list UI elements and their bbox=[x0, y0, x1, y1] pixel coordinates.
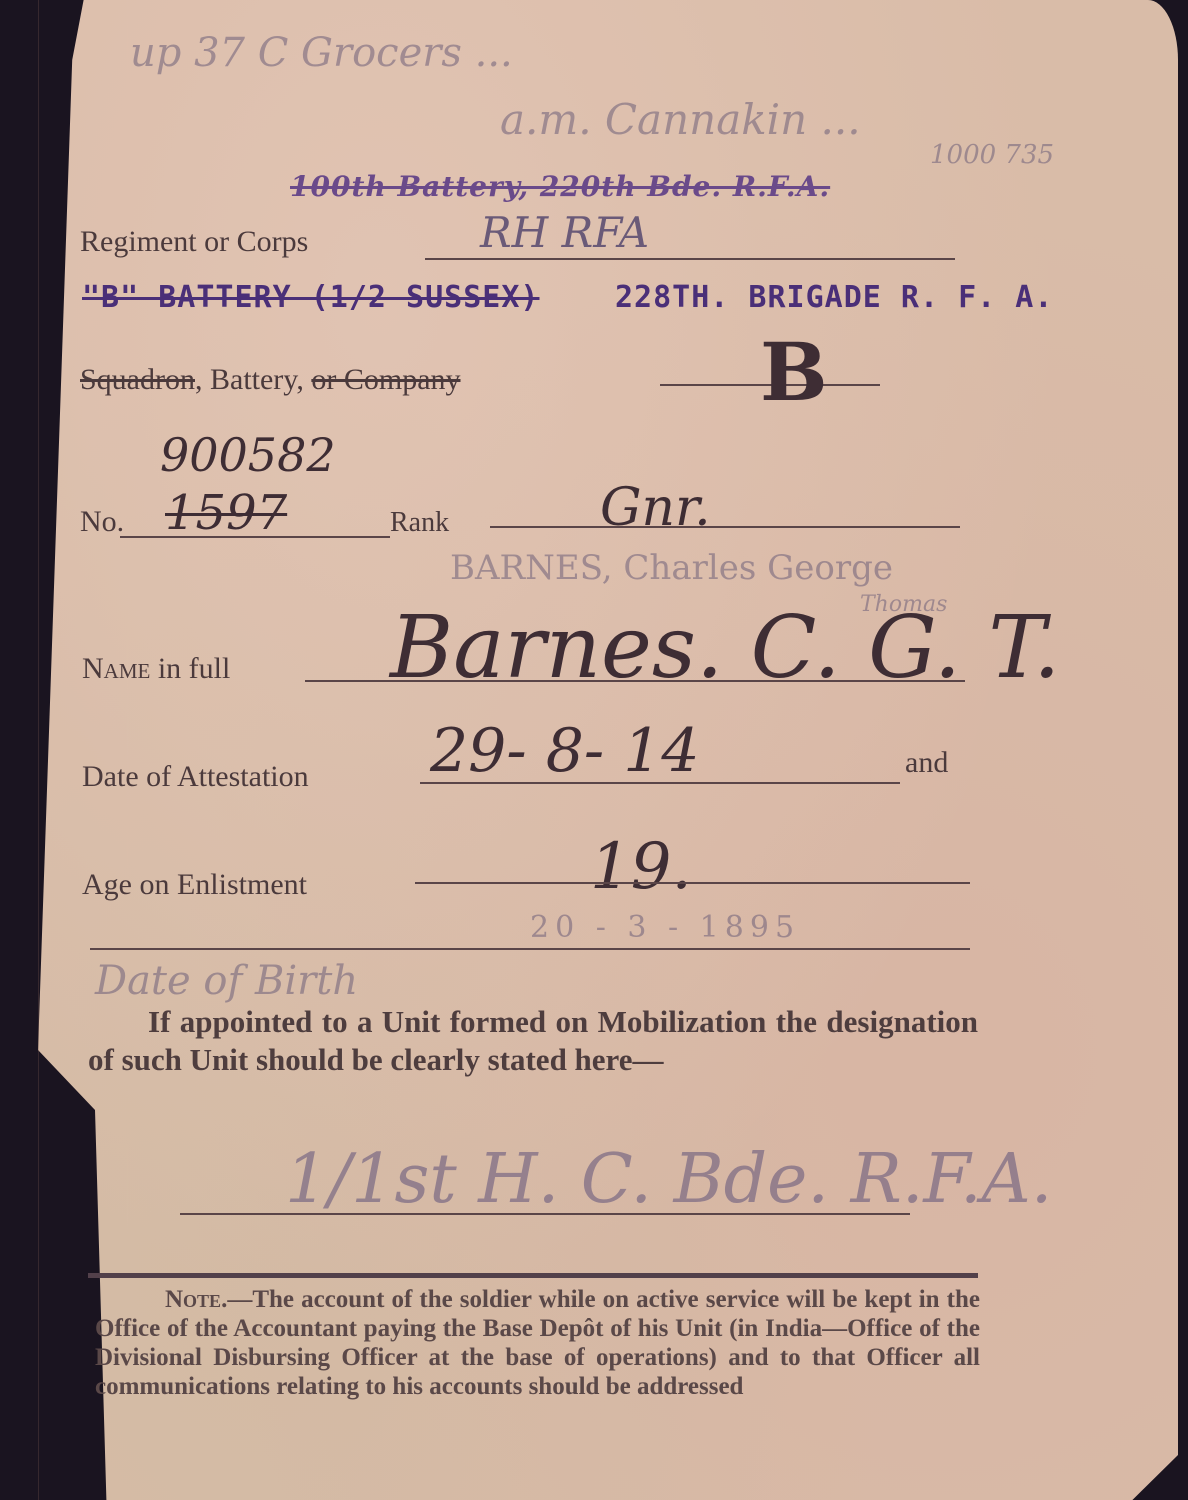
regiment-rule bbox=[425, 258, 955, 260]
battery-value: B bbox=[760, 325, 828, 419]
pencil-note-top-3: 1000 735 bbox=[930, 140, 1054, 170]
note-label: Note. bbox=[165, 1286, 227, 1313]
mobilization-value: 1/1st H. C. Bde. R.F.A. bbox=[285, 1140, 1052, 1219]
regiment-stamp-struck: "B" BATTERY (1/2 SUSSEX) bbox=[82, 280, 539, 315]
name-label: Name in full bbox=[82, 652, 230, 686]
number-rule bbox=[120, 536, 390, 538]
note-text: —The account of the soldier while on act… bbox=[95, 1286, 980, 1400]
battery-label-squadron: Squadron bbox=[80, 363, 195, 396]
mobilization-rule bbox=[180, 1213, 910, 1215]
struck-stamp-top: 100th Battery, 220th Bde. R.F.A. bbox=[290, 170, 830, 203]
attestation-value: 29- 8- 14 bbox=[430, 716, 700, 786]
page-fold bbox=[38, 0, 39, 1500]
rank-rule bbox=[490, 526, 960, 528]
regiment-label: Regiment or Corps bbox=[80, 225, 308, 259]
pencil-note-top-1: up 37 C Grocers ... bbox=[130, 30, 513, 76]
battery-label-company: or Company bbox=[311, 363, 460, 396]
pencil-note-top-2: a.m. Cannakin ... bbox=[500, 95, 861, 144]
attestation-rule bbox=[420, 782, 900, 784]
age-rule bbox=[415, 882, 970, 884]
attestation-label: Date of Attestation bbox=[82, 760, 309, 794]
name-rule bbox=[305, 680, 965, 682]
regiment-value: RH RFA bbox=[480, 208, 649, 257]
regiment-stamp: 228TH. BRIGADE R. F. A. bbox=[615, 280, 1053, 315]
number-value-struck: 1597 bbox=[165, 485, 287, 541]
age-pencil-note: Date of Birth bbox=[95, 958, 358, 1004]
note-block: Note.—The account of the soldier while o… bbox=[95, 1285, 980, 1401]
name-label-prefix: Name bbox=[82, 652, 150, 685]
note-divider bbox=[88, 1273, 978, 1278]
name-pencil-note: BARNES, Charles George bbox=[450, 548, 893, 588]
age-label: Age on Enlistment bbox=[82, 868, 307, 902]
age-pencil-dob: 20 - 3 - 1895 bbox=[530, 910, 800, 945]
number-label: No. bbox=[80, 505, 124, 539]
name-value: Barnes. C. G. T. bbox=[390, 598, 1060, 698]
number-value: 900582 bbox=[160, 428, 336, 482]
battery-label-battery: , Battery, bbox=[195, 363, 311, 396]
name-label-suffix: in full bbox=[150, 652, 230, 685]
battery-label: Squadron, Battery, or Company bbox=[80, 363, 461, 397]
age-value: 19. bbox=[590, 830, 692, 904]
dob-rule bbox=[90, 948, 970, 950]
rank-label: Rank bbox=[390, 507, 449, 539]
attestation-suffix: and bbox=[905, 746, 948, 780]
mobilization-text: If appointed to a Unit formed on Mobiliz… bbox=[88, 1003, 978, 1079]
rank-value: Gnr. bbox=[600, 478, 711, 538]
